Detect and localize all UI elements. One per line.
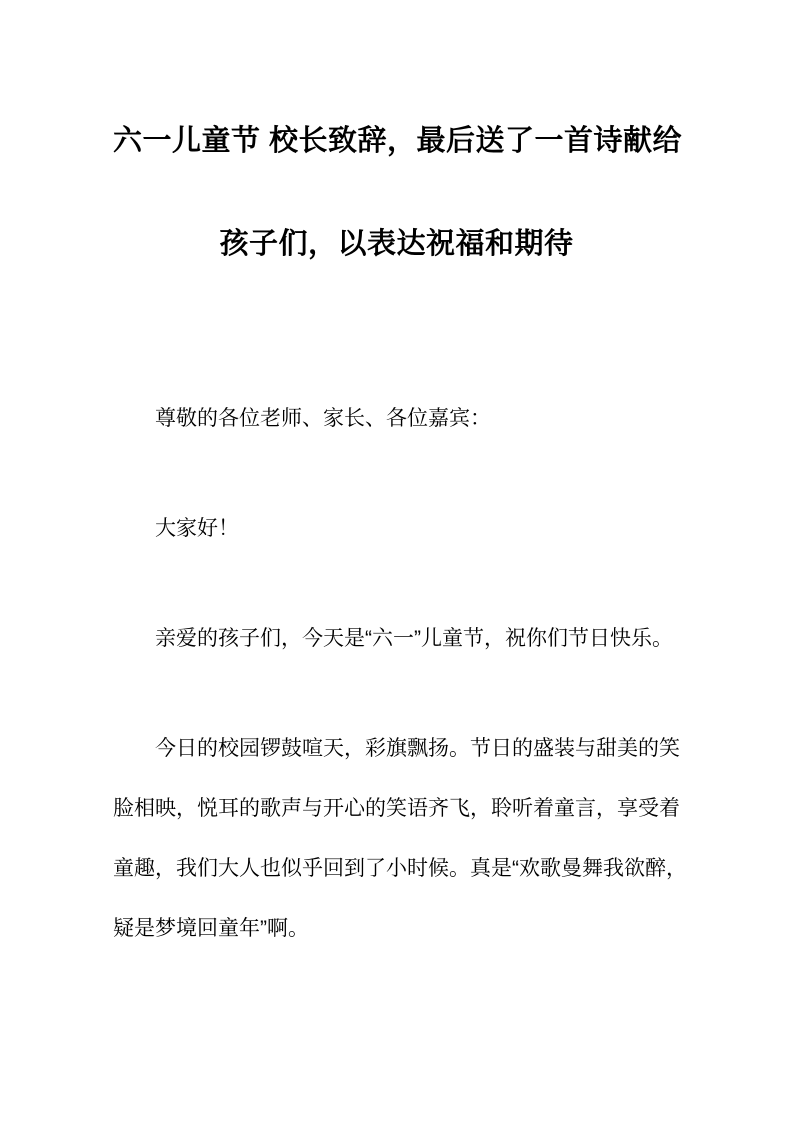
title-line-1: 六一儿童节 校长致辞，最后送了一首诗献给 <box>113 90 680 193</box>
text-line: 今日的校园锣鼓喧天，彩旗飘扬。节日的盛装与甜美的笑 <box>113 719 680 779</box>
document-body: 尊敬的各位老师、家长、各位嘉宾： 大家好！ 亲爱的孩子们，今天是“六一”儿童节，… <box>113 296 680 959</box>
text-line: 脸相映，悦耳的歌声与开心的笑语齐飞，聆听着童言，享受着 <box>113 779 680 839</box>
paragraph-campus-scene: 今日的校园锣鼓喧天，彩旗飘扬。节日的盛装与甜美的笑 脸相映，悦耳的歌声与开心的笑… <box>113 719 680 959</box>
text-line: 亲爱的孩子们，今天是“六一”儿童节，祝你们节日快乐。 <box>113 609 680 669</box>
title-line-2: 孩子们，以表达祝福和期待 <box>113 193 680 296</box>
text-line: 童趣，我们大人也似乎回到了小时候。真是“欢歌曼舞我欲醉， <box>113 839 680 899</box>
text-line: 尊敬的各位老师、家长、各位嘉宾： <box>113 389 680 449</box>
document-title: 六一儿童节 校长致辞，最后送了一首诗献给 孩子们，以表达祝福和期待 <box>113 90 680 296</box>
paragraph-festival-wish: 亲爱的孩子们，今天是“六一”儿童节，祝你们节日快乐。 <box>113 609 680 669</box>
paragraph-greeting: 大家好！ <box>113 499 680 559</box>
text-line: 疑是梦境回童年”啊。 <box>113 899 680 959</box>
document-page: 六一儿童节 校长致辞，最后送了一首诗献给 孩子们，以表达祝福和期待 尊敬的各位老… <box>0 0 793 1122</box>
paragraph-salutation: 尊敬的各位老师、家长、各位嘉宾： <box>113 389 680 449</box>
text-line: 大家好！ <box>113 499 680 559</box>
